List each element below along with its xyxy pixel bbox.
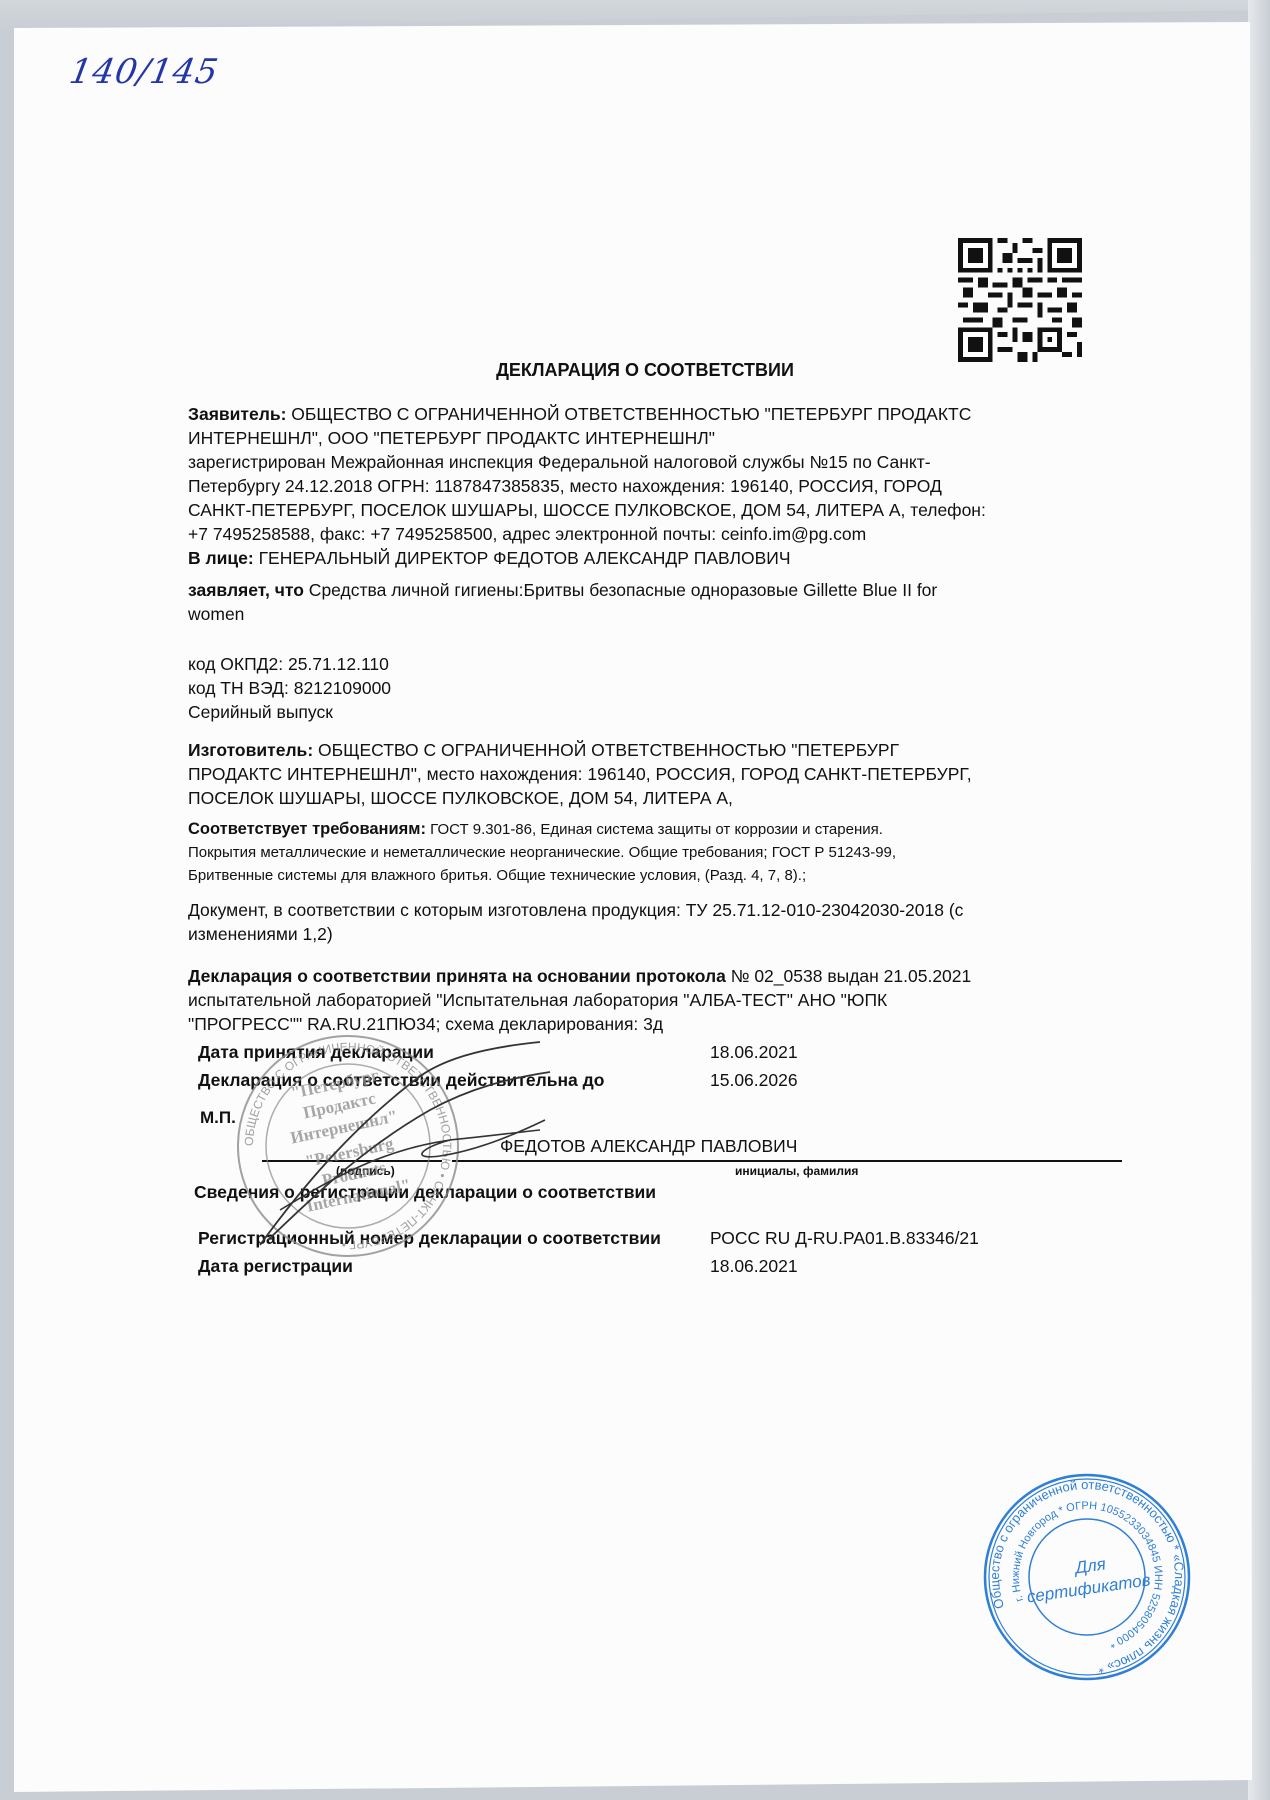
seal-place-label: М.П. xyxy=(200,1108,236,1128)
protocol-line: № 02_0538 выдан 21.05.2021 xyxy=(726,966,971,986)
applicant-label: Заявитель: xyxy=(188,404,286,424)
applicant-line: +7 7495258588, факс: +7 7495258500, адре… xyxy=(188,522,1088,546)
document-basis-line: изменениями 1,2) xyxy=(188,922,1088,946)
requirements-section: Соответствует требованиям: ГОСТ 9.301-86… xyxy=(188,818,1088,887)
represented-by-label: В лице: xyxy=(188,548,254,568)
svg-text:Для: Для xyxy=(1072,1554,1107,1577)
product-description: Средства личной гигиены:Бритвы безопасны… xyxy=(304,580,937,600)
certification-stamp-icon: Общество с ограниченной ответственностью… xyxy=(982,1472,1192,1682)
requirements-label: Соответствует требованиям: xyxy=(188,820,426,838)
product-description: women xyxy=(188,602,1088,626)
handwritten-page-number: 140/145 xyxy=(66,52,221,92)
manufacturer-label: Изготовитель: xyxy=(188,740,313,760)
represented-by-value: ГЕНЕРАЛЬНЫЙ ДИРЕКТОР ФЕДОТОВ АЛЕКСАНДР П… xyxy=(254,548,791,568)
applicant-line: ОБЩЕСТВО С ОГРАНИЧЕННОЙ ОТВЕТСТВЕННОСТЬЮ… xyxy=(286,404,971,424)
protocol-section: Декларация о соответствии принята на осн… xyxy=(188,964,1088,1036)
valid-until-value: 15.06.2026 xyxy=(710,1066,798,1094)
registration-number-value: РОСС RU Д-RU.PA01.B.83346/21 xyxy=(710,1224,979,1252)
document-basis-section: Документ, в соответствии с которым изгот… xyxy=(188,898,1088,946)
declares-label: заявляет, что xyxy=(188,580,304,600)
applicant-line: ИНТЕРНЕШНЛ", ООО "ПЕТЕРБУРГ ПРОДАКТС ИНТ… xyxy=(188,426,1088,450)
manufacturer-line: ПОСЕЛОК ШУШАРЫ, ШОССЕ ПУЛКОВСКОЕ, ДОМ 54… xyxy=(188,786,1088,810)
name-caption: инициалы, фамилия xyxy=(735,1164,858,1178)
manufacturer-line: ОБЩЕСТВО С ОГРАНИЧЕННОЙ ОТВЕТСТВЕННОСТЬЮ… xyxy=(313,740,899,760)
declares-section: заявляет, что Средства личной гигиены:Бр… xyxy=(188,578,1088,626)
requirements-line: ГОСТ 9.301-86, Единая система защиты от … xyxy=(426,821,883,838)
registration-date-value: 18.06.2021 xyxy=(710,1252,798,1280)
requirements-line: Покрытия металлические и неметаллические… xyxy=(188,841,1088,864)
date-accepted-value: 18.06.2021 xyxy=(710,1038,798,1066)
protocol-label: Декларация о соответствии принята на осн… xyxy=(188,966,726,986)
codes-section: код ОКПД2: 25.71.12.110 код ТН ВЭД: 8212… xyxy=(188,652,1088,724)
requirements-line: Бритвенные системы для влажного бритья. … xyxy=(188,864,1088,887)
manufacturer-line: ПРОДАКТС ИНТЕРНЕШНЛ", место нахождения: … xyxy=(188,762,1088,786)
tnved-code: код ТН ВЭД: 8212109000 xyxy=(188,676,1088,700)
document-basis-line: Документ, в соответствии с которым изгот… xyxy=(188,898,1088,922)
qr-code-icon xyxy=(958,238,1082,362)
signature-scribble-icon xyxy=(240,1040,560,1250)
applicant-line: САНКТ-ПЕТЕРБУРГ, ПОСЕЛОК ШУШАРЫ, ШОССЕ П… xyxy=(188,498,1088,522)
document-title: ДЕКЛАРАЦИЯ О СООТВЕТСТВИИ xyxy=(0,360,1270,381)
protocol-line: испытательной лабораторией "Испытательна… xyxy=(188,988,1088,1012)
okpd2-code: код ОКПД2: 25.71.12.110 xyxy=(188,652,1088,676)
applicant-line: зарегистрирован Межрайонная инспекция Фе… xyxy=(188,450,1088,474)
applicant-section: Заявитель: ОБЩЕСТВО С ОГРАНИЧЕННОЙ ОТВЕТ… xyxy=(188,402,1088,570)
applicant-line: Петербургу 24.12.2018 ОГРН: 118784738583… xyxy=(188,474,1088,498)
release-type: Серийный выпуск xyxy=(188,700,1088,724)
manufacturer-section: Изготовитель: ОБЩЕСТВО С ОГРАНИЧЕННОЙ ОТ… xyxy=(188,738,1088,810)
